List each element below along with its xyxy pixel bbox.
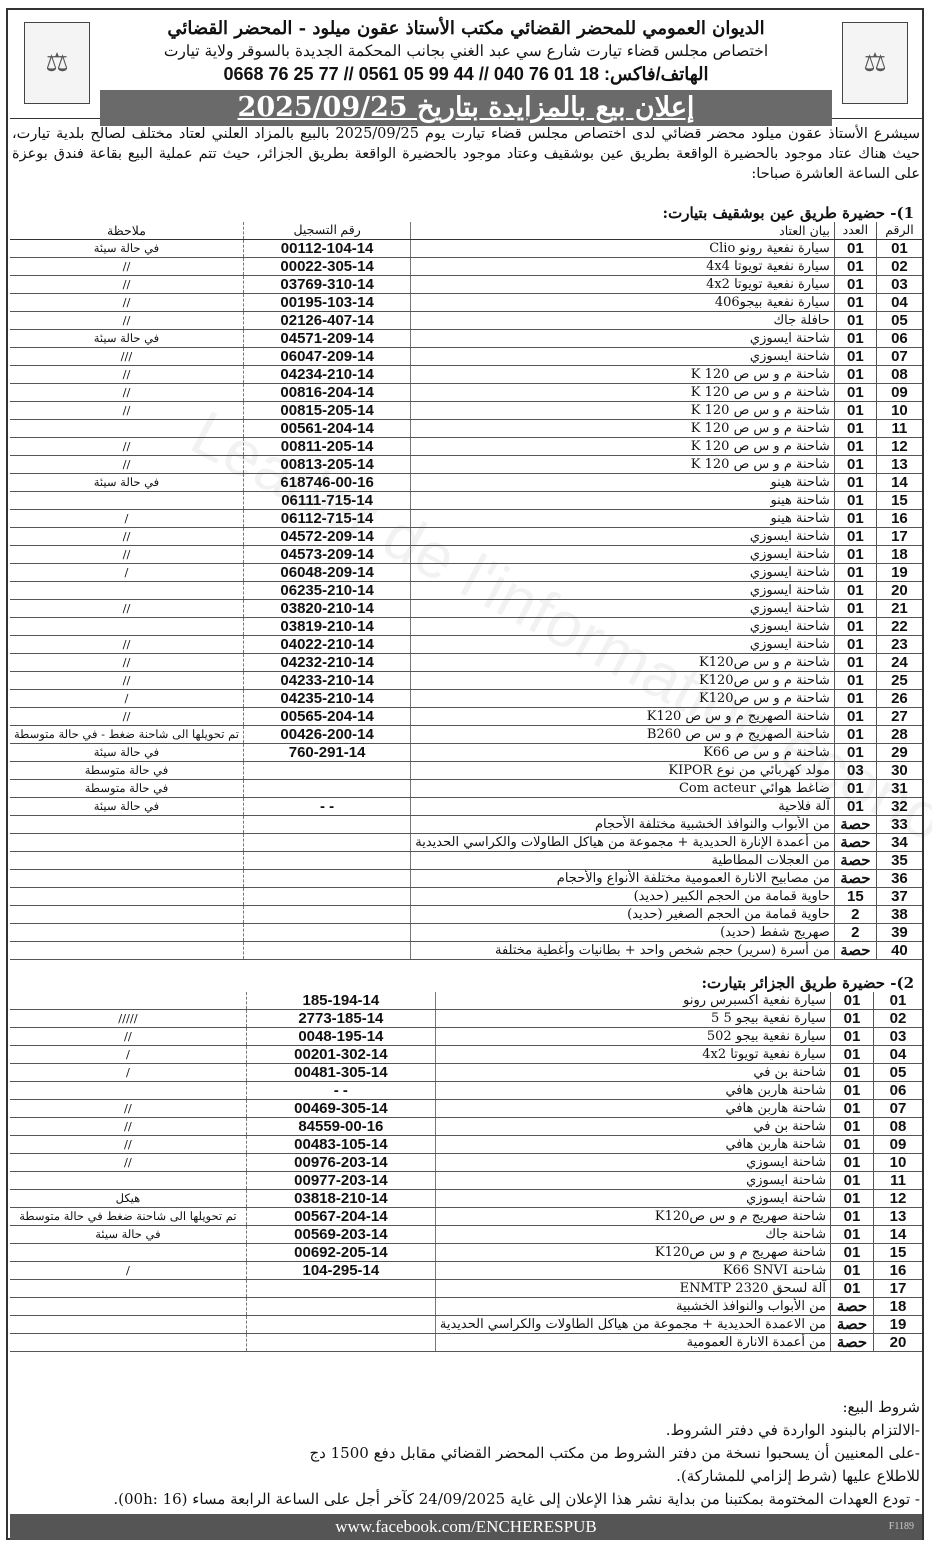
facebook-link[interactable]: www.facebook.com/ENCHERESPUB [335,1517,596,1536]
item-quantity: حصة [834,942,876,960]
logo-icon: ⚖ [842,22,908,104]
item-registration: 04233-210-14 [243,672,410,690]
item-number: 10 [876,402,922,420]
item-note [10,924,243,942]
item-note: // [10,636,243,654]
item-note: / [10,1262,246,1280]
item-quantity: 01 [834,582,876,600]
item-description: آلة لسحق ENMTP 2320 [435,1280,830,1298]
item-description: سيارة نفعية بيجو 502 [435,1028,830,1046]
table-row: 3201آلة فلاحية- -في حالة سيئة [10,798,922,816]
item-quantity: 01 [834,654,876,672]
item-note [10,420,243,438]
table-row: 2701شاحنة الصهريج م و س ص K12000565-204-… [10,708,922,726]
item-registration: 04022-210-14 [243,636,410,654]
item-number: 40 [876,942,922,960]
item-description: آلة فلاحية [411,798,835,816]
table-row: 1301شاحنة صهريج م و س صK12000567-204-14ت… [10,1208,922,1226]
item-quantity: 01 [834,708,876,726]
item-description: حاوية قمامة من الحجم الصغير (حديد) [411,906,835,924]
item-note: في حالة متوسطة [10,762,243,780]
item-quantity: 2 [834,924,876,942]
item-registration: 06047-209-14 [243,348,410,366]
item-number: 38 [876,906,922,924]
item-quantity: 01 [831,1208,874,1226]
item-description: شاحنة ايسوزي [435,1172,830,1190]
item-registration: 03769-310-14 [243,276,410,294]
item-number: 14 [876,474,922,492]
table-row: 2301شاحنة ايسوزي04022-210-14// [10,636,922,654]
item-quantity: 01 [831,1172,874,1190]
item-description: من أعمدة الانارة العمومية [435,1334,830,1352]
item-number: 05 [874,1064,923,1082]
table-row: 1601شاحنة هينو06112-715-14/ [10,510,922,528]
item-note: // [10,1154,246,1172]
item-number: 03 [874,1028,923,1046]
item-note: في حالة سيئة [10,240,243,258]
item-note [10,942,243,960]
item-note: // [10,1028,246,1046]
item-description: سيارة نفعية تويوتا 4x2 [411,276,835,294]
item-number: 27 [876,708,922,726]
item-quantity: 01 [834,384,876,402]
table-row: 2401شاحنة م و س صK12004232-210-14// [10,654,922,672]
conditions-title: شروط البيع: [12,1396,920,1419]
item-note: // [10,276,243,294]
item-note [10,992,246,1010]
item-quantity: 01 [834,492,876,510]
item-description: شاحنة ايسوزي [411,330,835,348]
condition-line: - تودع العهدات المختومة بمكتبنا من بداية… [12,1488,920,1511]
logo-icon: ⚖ [24,22,90,104]
office-title: الديوان العمومي للمحضر القضائي مكتب الأس… [100,18,832,39]
item-registration: 00569-203-14 [246,1226,435,1244]
item-description: مولد كهربائي من نوع KIPOR [411,762,835,780]
item-number: 18 [876,546,922,564]
item-description: حافلة جاك [411,312,835,330]
item-note: في حالة سيئة [10,798,243,816]
item-registration: 06111-715-14 [243,492,410,510]
item-number: 06 [874,1082,923,1100]
item-registration: 06048-209-14 [243,564,410,582]
item-number: 16 [876,510,922,528]
item-description: شاحنة م و س ص K 120 [411,456,835,474]
item-number: 01 [876,240,922,258]
item-description: شاحنة ايسوزي [411,600,835,618]
item-description: شاحنة ايسوزي [411,564,835,582]
item-number: 13 [874,1208,923,1226]
item-description: شاحنة م و س ص K 120 [411,384,835,402]
item-quantity: حصة [834,852,876,870]
item-description: شاحنة هينو [411,510,835,528]
item-number: 33 [876,816,922,834]
item-quantity: 01 [831,1064,874,1082]
item-note: / [10,1046,246,1064]
item-description: شاحنة هاربن هافي [435,1100,830,1118]
item-registration: 00815-205-14 [243,402,410,420]
item-registration: 00483-105-14 [246,1136,435,1154]
item-quantity: 01 [834,240,876,258]
item-description: حاوية قمامة من الحجم الكبير (حديد) [411,888,835,906]
item-note: تم تحويلها الى شاحنة ضغط في حالة متوسطة [10,1208,246,1226]
item-registration: 00976-203-14 [246,1154,435,1172]
item-registration: 03820-210-14 [243,600,410,618]
item-number: 01 [874,992,923,1010]
item-description: شاحنة K66 SNVI [435,1262,830,1280]
item-number: 26 [876,690,922,708]
item-number: 19 [876,564,922,582]
item-number: 16 [874,1262,923,1280]
table-row: 0501حافلة جاك02126-407-14// [10,312,922,330]
item-description: من أسرة (سرير) حجم شخص واحد + بطانيات وأ… [411,942,835,960]
item-description: شاحنة الصهريج م و س ص B260 [411,726,835,744]
item-note: تم تحويلها الى شاحنة ضغط - في حالة متوسط… [10,726,243,744]
item-note: /// [10,348,243,366]
item-note [10,492,243,510]
col-qty: العدد [834,222,876,240]
item-quantity: 01 [834,312,876,330]
item-quantity: 01 [834,348,876,366]
item-number: 03 [876,276,922,294]
item-number: 34 [876,834,922,852]
item-description: من مصابيح الانارة العمومية مختلفة الأنوا… [411,870,835,888]
item-number: 12 [874,1190,923,1208]
item-number: 24 [876,654,922,672]
item-note [10,1316,246,1334]
item-number: 25 [876,672,922,690]
item-description: من أعمدة الإنارة الحديدية + مجموعة من هي… [411,834,835,852]
item-description: شاحنة ايسوزي [411,546,835,564]
item-registration [246,1316,435,1334]
item-registration: 00977-203-14 [246,1172,435,1190]
item-registration: 00811-205-14 [243,438,410,456]
item-note: في حالة سيئة [10,1226,246,1244]
item-note: // [10,438,243,456]
table-row: 1301شاحنة م و س ص K 12000813-205-14// [10,456,922,474]
item-quantity: حصة [834,834,876,852]
table-row: 0101سيارة نفعية اكسبرس رونو185-194-14 [10,992,922,1010]
item-description: شاحنة م و س ص K66 [411,744,835,762]
item-note: // [10,528,243,546]
table-row: 36حصةمن مصابيح الانارة العمومية مختلفة ا… [10,870,922,888]
item-registration: 00567-204-14 [246,1208,435,1226]
item-note: // [10,600,243,618]
item-description: شاحنة م و س ص K 120 [411,402,835,420]
item-note [10,1298,246,1316]
item-quantity: 01 [834,330,876,348]
table-row: 35حصةمن العجلات المطاطية [10,852,922,870]
item-quantity: 01 [834,258,876,276]
table-row: 0501شاحنة بن في00481-305-14/ [10,1064,922,1082]
item-description: شاحنة م و س صK120 [411,672,835,690]
item-quantity: 01 [831,1190,874,1208]
item-quantity: 01 [831,1244,874,1262]
col-num: الرقم [876,222,922,240]
item-number: 13 [876,456,922,474]
item-quantity: 01 [834,636,876,654]
item-note [10,888,243,906]
item-note: // [10,312,243,330]
item-quantity: حصة [831,1298,874,1316]
item-number: 06 [876,330,922,348]
item-description: شاحنة ايسوزي [435,1154,830,1172]
item-quantity: 01 [831,1100,874,1118]
item-quantity: 01 [834,420,876,438]
item-description: شاحنة ايسوزي [411,528,835,546]
condition-line: -الالتزام بالبنود الواردة في دفتر الشروط… [12,1419,920,1442]
table-row: 0401سيارة نفعية بيجو40600195-103-14// [10,294,922,312]
item-registration [246,1280,435,1298]
item-number: 07 [874,1100,923,1118]
item-description: شاحنة م و س صK120 [411,654,835,672]
table-row: 1501شاحنة صهريج م و س صK12000692-205-14 [10,1244,922,1262]
item-description: شاحنة م و س ص K 120 [411,366,835,384]
item-number: 14 [874,1226,923,1244]
col-reg: رقم التسجيل [243,222,410,240]
item-note [10,906,243,924]
item-number: 07 [876,348,922,366]
item-number: 15 [874,1244,923,1262]
item-description: شاحنة هاربن هافي [435,1082,830,1100]
item-registration: 06112-715-14 [243,510,410,528]
table-row: 3003مولد كهربائي من نوع KIPORفي حالة متو… [10,762,922,780]
item-registration: 2773-185-14 [246,1010,435,1028]
item-quantity: 01 [831,1154,874,1172]
item-quantity: 01 [834,402,876,420]
item-registration: 00813-205-14 [243,456,410,474]
auction-notice-page: Leader de l'information économique en al… [0,0,932,1548]
item-registration: 04232-210-14 [243,654,410,672]
section1-table: الرقم العدد بيان العتاد رقم التسجيل ملاح… [10,222,922,960]
item-registration: 185-194-14 [246,992,435,1010]
item-note: // [10,366,243,384]
col-note: ملاحظة [10,222,243,240]
table-row: 3715حاوية قمامة من الحجم الكبير (حديد) [10,888,922,906]
table-row: 0301سيارة نفعية بيجو 5020048-195-14// [10,1028,922,1046]
item-quantity: 01 [831,1010,874,1028]
table-row: 2101شاحنة ايسوزي03820-210-14// [10,600,922,618]
table-row: 1001شاحنة م و س ص K 12000815-205-14// [10,402,922,420]
item-number: 28 [876,726,922,744]
item-quantity: 01 [834,366,876,384]
table-row: 2901شاحنة م و س ص K66760-291-14في حالة س… [10,744,922,762]
item-registration [246,1334,435,1352]
table-row: 1001شاحنة ايسوزي00976-203-14// [10,1154,922,1172]
table-row: 1901شاحنة ايسوزي06048-209-14/ [10,564,922,582]
item-number: 32 [876,798,922,816]
item-note: // [10,456,243,474]
table-row: 0801شاحنة بن في84559-00-16// [10,1118,922,1136]
item-description: شاحنة صهريج م و س صK120 [435,1208,830,1226]
item-note: // [10,258,243,276]
item-quantity: حصة [834,816,876,834]
item-registration: 03818-210-14 [246,1190,435,1208]
item-registration: 06235-210-14 [243,582,410,600]
item-registration: 02126-407-14 [243,312,410,330]
table-row: 34حصةمن أعمدة الإنارة الحديدية + مجموعة … [10,834,922,852]
item-number: 08 [874,1118,923,1136]
item-note: هيكل [10,1190,246,1208]
table-header-row: الرقم العدد بيان العتاد رقم التسجيل ملاح… [10,222,922,240]
item-registration: 00565-204-14 [243,708,410,726]
item-registration: 04572-209-14 [243,528,410,546]
table-row: 1701آلة لسحق ENMTP 2320 [10,1280,922,1298]
item-quantity: 01 [831,1082,874,1100]
table-row: 19حصةمن الاعمدة الحديدية + مجموعة من هيا… [10,1316,922,1334]
table-row: 0201سيارة نفعية بيجو 5 52773-185-14///// [10,1010,922,1028]
item-number: 29 [876,744,922,762]
item-number: 30 [876,762,922,780]
item-note: // [10,546,243,564]
item-registration: 00426-200-14 [243,726,410,744]
item-quantity: 2 [834,906,876,924]
item-quantity: حصة [831,1316,874,1334]
item-number: 39 [876,924,922,942]
item-quantity: 15 [834,888,876,906]
item-registration: 00561-204-14 [243,420,410,438]
item-registration: 00469-305-14 [246,1100,435,1118]
item-number: 20 [874,1334,923,1352]
item-registration [243,888,410,906]
item-note: // [10,402,243,420]
table-row: 40حصةمن أسرة (سرير) حجم شخص واحد + بطاني… [10,942,922,960]
item-number: 05 [876,312,922,330]
item-note: // [10,672,243,690]
table-row: 2601شاحنة م و س صK12004235-210-14/ [10,690,922,708]
item-note: في حالة سيئة [10,744,243,762]
notice-banner-title: إعلان بيع بالمزايدة بتاريخ 2025/09/25 [100,90,832,126]
table-row: 0701شاحنة ايسوزي06047-209-14/// [10,348,922,366]
item-registration: 04234-210-14 [243,366,410,384]
intro-paragraph: سيشرع الأستاذ عقون ميلود محضر قضائي لدى … [12,124,920,184]
item-quantity: 01 [834,294,876,312]
item-registration: - - [243,798,410,816]
item-quantity: 01 [831,992,874,1010]
item-registration: 104-295-14 [246,1262,435,1280]
item-quantity: 01 [834,528,876,546]
item-description: شاحنة هينو [411,474,835,492]
notice-header: ⚖ ⚖ الديوان العمومي للمحضر القضائي مكتب … [10,12,922,119]
table-row: 1801شاحنة ايسوزي04573-209-14// [10,546,922,564]
item-quantity: 01 [834,510,876,528]
table-row: 2001شاحنة ايسوزي06235-210-14 [10,582,922,600]
item-quantity: 01 [831,1118,874,1136]
item-description: شاحنة ايسوزي [411,582,835,600]
ad-code: F1189 [889,1514,914,1540]
item-number: 12 [876,438,922,456]
item-registration: 03819-210-14 [243,618,410,636]
item-number: 10 [874,1154,923,1172]
item-quantity: 01 [834,726,876,744]
item-note: // [10,384,243,402]
item-description: ضاغط هوائي Com acteur [411,780,835,798]
item-quantity: حصة [834,870,876,888]
table-row: 1701شاحنة ايسوزي04572-209-14// [10,528,922,546]
item-registration [243,924,410,942]
condition-line: -على المعنيين أن يسحبوا نسخة من دفتر الش… [12,1442,920,1465]
item-quantity: 01 [834,618,876,636]
table-row: 1201شاحنة م و س ص K 12000811-205-14// [10,438,922,456]
item-number: 36 [876,870,922,888]
item-quantity: 01 [834,546,876,564]
item-description: شاحنة هاربن هافي [435,1136,830,1154]
item-note: في حالة متوسطة [10,780,243,798]
item-quantity: 03 [834,762,876,780]
item-description: سيارة نفعية تويوتا 4x4 [411,258,835,276]
item-quantity: 01 [834,564,876,582]
item-note [10,582,243,600]
table-row: 1501شاحنة هينو06111-715-14 [10,492,922,510]
item-number: 11 [876,420,922,438]
table-row: 392صهريج شفط (حديد) [10,924,922,942]
item-quantity: 01 [834,276,876,294]
item-note: // [10,1118,246,1136]
item-quantity: 01 [831,1280,874,1298]
item-registration: 04235-210-14 [243,690,410,708]
table-row: 20حصةمن أعمدة الانارة العمومية [10,1334,922,1352]
item-registration [243,906,410,924]
item-description: شاحنة ايسوزي [411,636,835,654]
table-row: 0201سيارة نفعية تويوتا 4x400022-305-14// [10,258,922,276]
item-number: 20 [876,582,922,600]
item-quantity: 01 [834,780,876,798]
item-registration: 618746-00-16 [243,474,410,492]
item-registration: 00195-103-14 [243,294,410,312]
item-note [10,618,243,636]
section1-title: 1)- حضيرة طريق عين بوشقيف بتيارت: [663,204,914,222]
table-row: 1601شاحنة K66 SNVI104-295-14/ [10,1262,922,1280]
table-row: 1401شاحنة جاك00569-203-14في حالة سيئة [10,1226,922,1244]
item-number: 37 [876,888,922,906]
item-note [10,870,243,888]
col-desc: بيان العتاد [411,222,835,240]
item-note: ///// [10,1010,246,1028]
table-row: 382حاوية قمامة من الحجم الصغير (حديد) [10,906,922,924]
item-number: 17 [876,528,922,546]
item-registration: 84559-00-16 [246,1118,435,1136]
table-row: 1101شاحنة م و س ص K 12000561-204-14 [10,420,922,438]
footer-bar: www.facebook.com/ENCHERESPUB F1189 [10,1514,922,1540]
item-number: 08 [876,366,922,384]
item-description: سيارة نفعية رونو Clio [411,240,835,258]
item-note: // [10,708,243,726]
item-description: شاحنة ايسوزي [411,348,835,366]
item-quantity: حصة [831,1334,874,1352]
table-row: 3101ضاغط هوائي Com acteurفي حالة متوسطة [10,780,922,798]
table-row: 0901شاحنة هاربن هافي00483-105-14// [10,1136,922,1154]
item-number: 15 [876,492,922,510]
item-description: شاحنة الصهريج م و س ص K120 [411,708,835,726]
item-number: 23 [876,636,922,654]
item-registration: 00201-302-14 [246,1046,435,1064]
table-row: 1401شاحنة هينو618746-00-16في حالة سيئة [10,474,922,492]
table-row: 33حصةمن الأبواب والنوافذ الخشبية مختلفة … [10,816,922,834]
section2-title: 2)- حضيرة طريق الجزائر بتيارت: [701,974,914,992]
table-row: 0901شاحنة م و س ص K 12000816-204-14// [10,384,922,402]
item-description: شاحنة هينو [411,492,835,510]
section2-table: 0101سيارة نفعية اكسبرس رونو185-194-14020… [10,992,922,1352]
item-description: شاحنة صهريج م و س صK120 [435,1244,830,1262]
item-note: // [10,1100,246,1118]
table-row: 18حصةمن الأبواب والنوافذ الخشبية [10,1298,922,1316]
item-number: 09 [876,384,922,402]
item-description: شاحنة م و س صK120 [411,690,835,708]
item-description: سيارة نفعية بيجو406 [411,294,835,312]
item-number: 04 [874,1046,923,1064]
item-description: من الأبواب والنوافذ الخشبية [435,1298,830,1316]
table-row: 0601شاحنة ايسوزي04571-209-14في حالة سيئة [10,330,922,348]
item-note: في حالة سيئة [10,330,243,348]
